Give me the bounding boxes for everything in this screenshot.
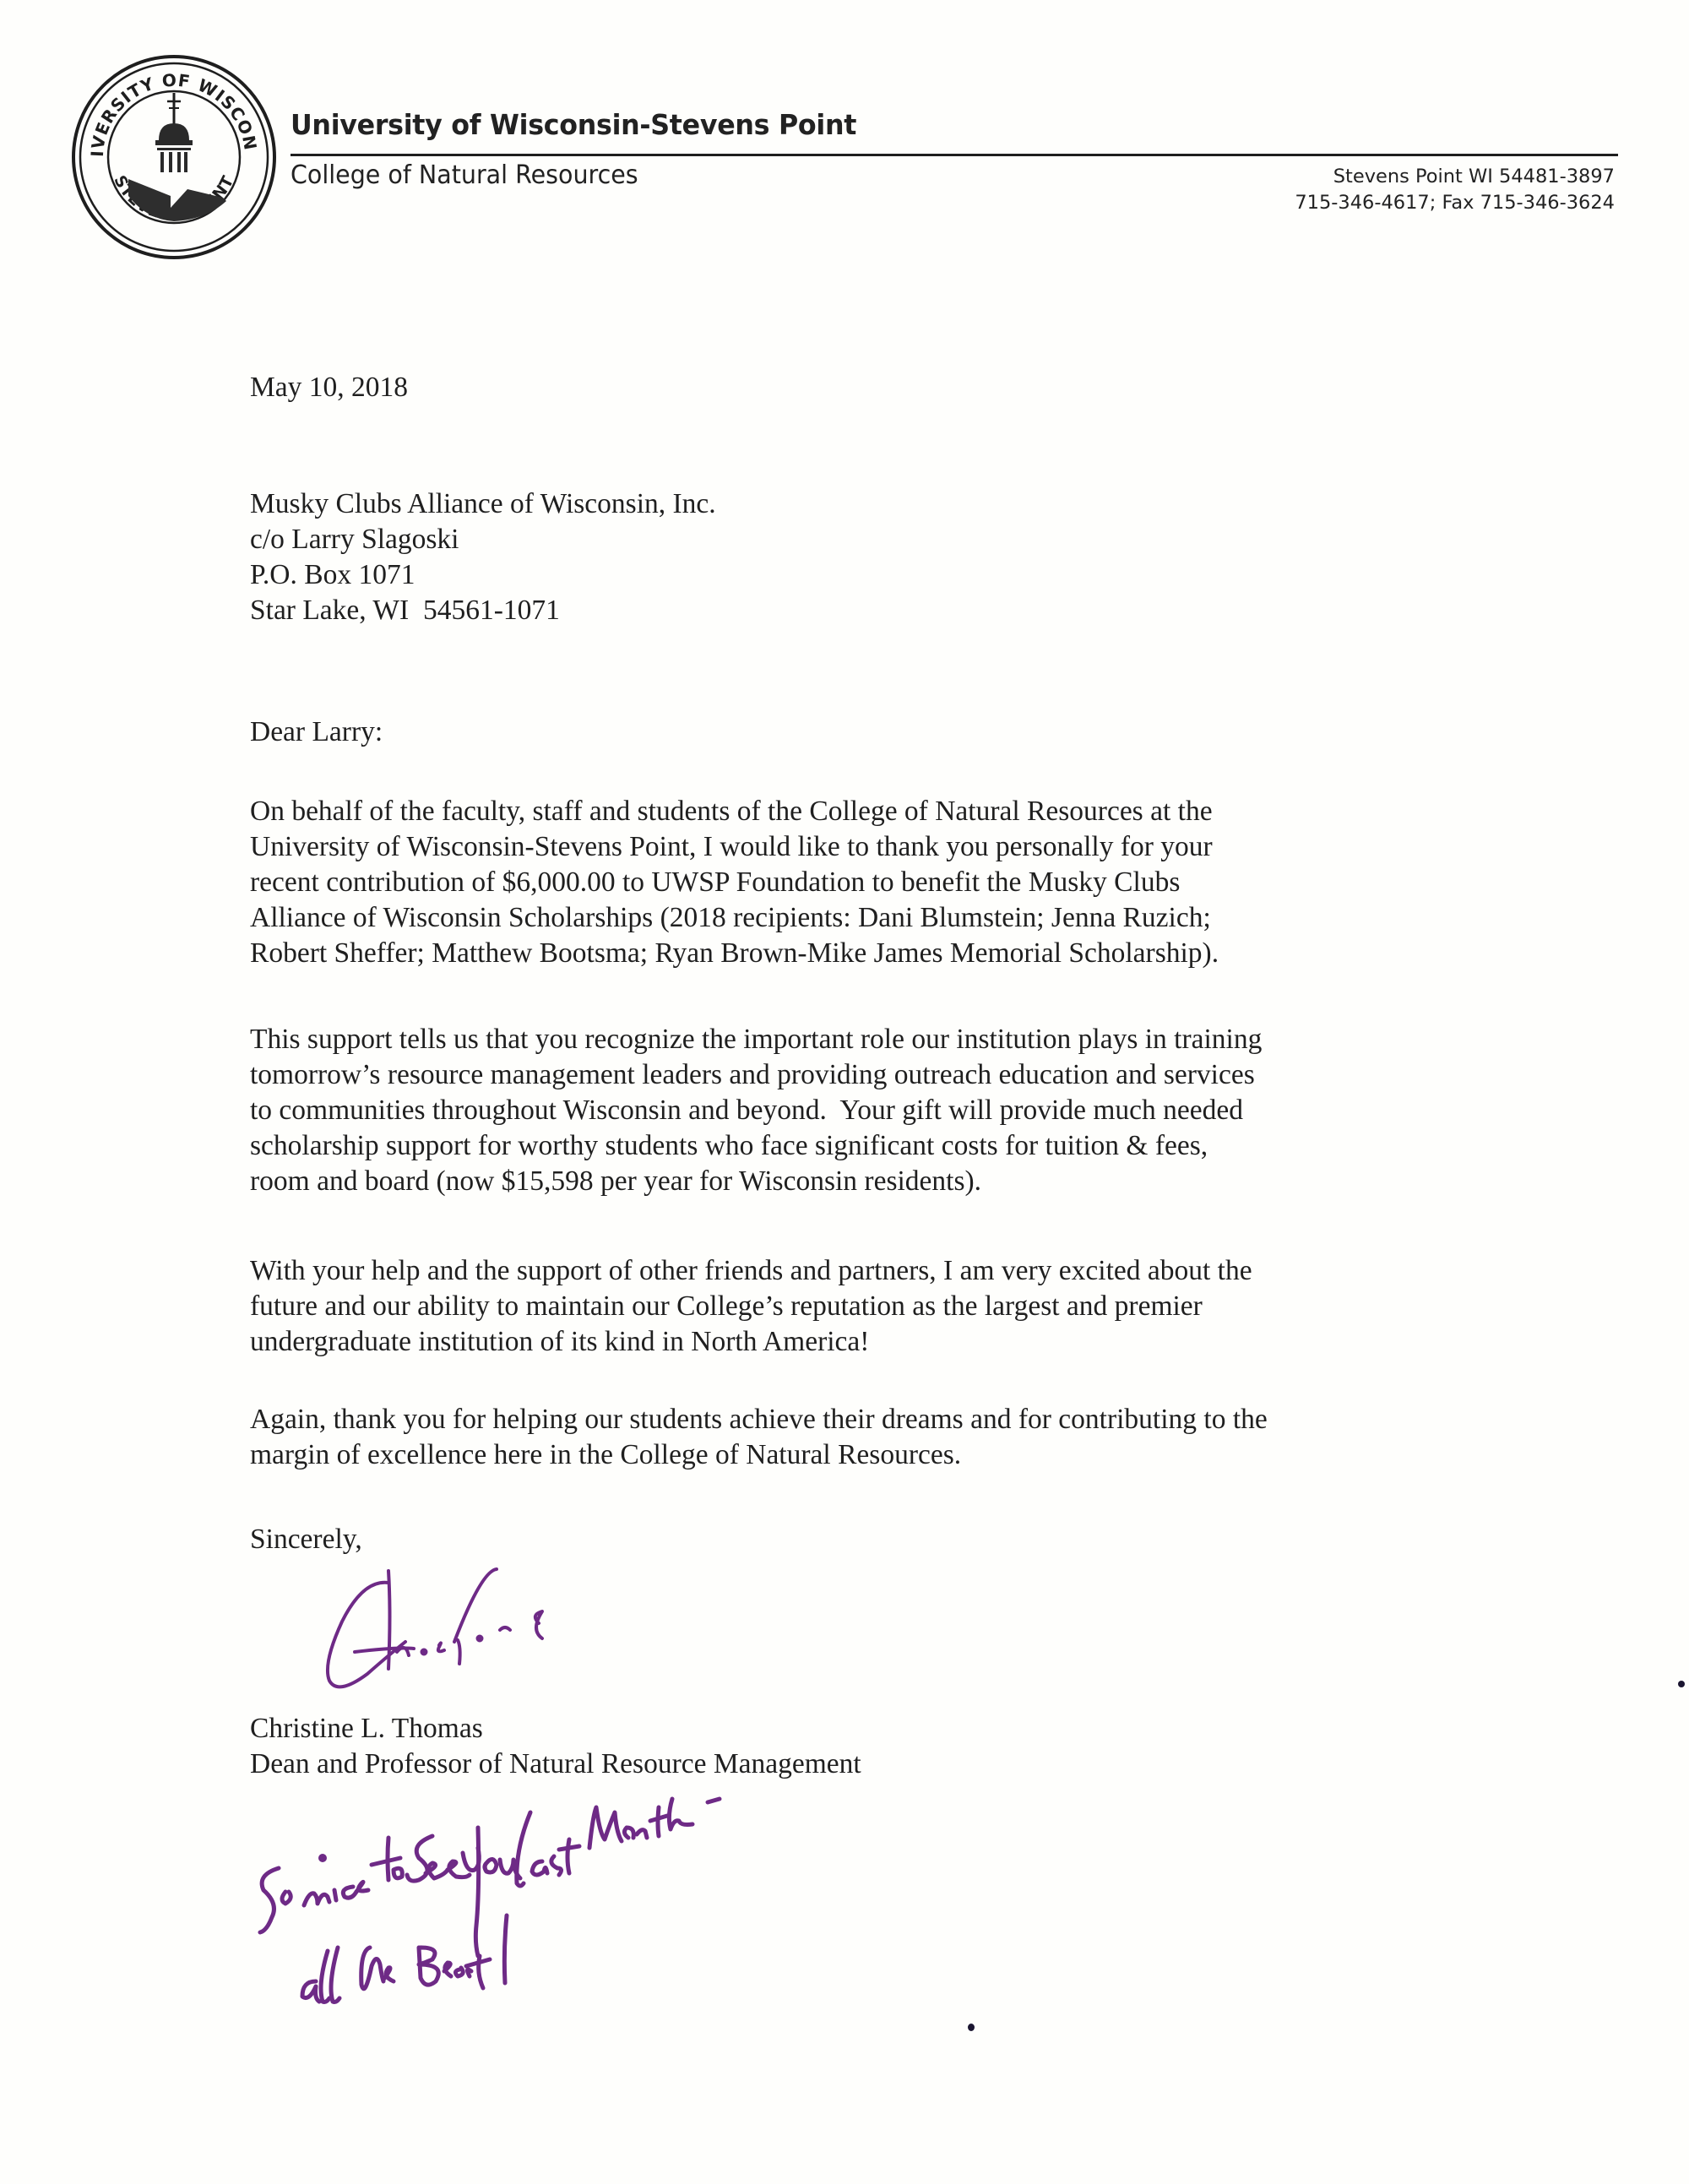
college-name: College of Natural Resources <box>291 160 638 190</box>
university-seal-icon: UNIVERSITY OF WISCONSIN STEVENS POINT <box>71 54 277 260</box>
paragraph-thanks: On behalf of the faculty, staff and stud… <box>250 794 1219 971</box>
letterhead-address: Stevens Point WI 54481-3897 <box>1295 164 1615 190</box>
paragraph-line: to communities throughout Wisconsin and … <box>250 1093 1262 1128</box>
paragraph-line: On behalf of the faculty, staff and stud… <box>250 794 1219 829</box>
recipient-line: P.O. Box 1071 <box>250 557 716 593</box>
recipient-line: Musky Clubs Alliance of Wisconsin, Inc. <box>250 486 716 522</box>
paragraph-line: tomorrow’s resource management leaders a… <box>250 1057 1262 1093</box>
paragraph-line: undergraduate institution of its kind in… <box>250 1324 1252 1360</box>
handwriting-icon <box>245 1790 1529 2044</box>
paragraph-line: future and our ability to maintain our C… <box>250 1289 1252 1324</box>
university-name: University of Wisconsin-Stevens Point <box>291 108 856 141</box>
paragraph-line: room and board (now $15,598 per year for… <box>250 1164 1262 1199</box>
paragraph-line: This support tells us that you recognize… <box>250 1022 1262 1057</box>
paragraph-line: Again, thank you for helping our student… <box>250 1402 1268 1437</box>
letterhead-contact: Stevens Point WI 54481-3897 715-346-4617… <box>1295 164 1615 216</box>
paragraph-future: With your help and the support of other … <box>250 1253 1252 1360</box>
letterhead-phone-fax: 715-346-4617; Fax 715-346-3624 <box>1295 190 1615 216</box>
salutation: Dear Larry: <box>250 714 383 750</box>
signer-name: Christine L. Thomas <box>250 1711 861 1747</box>
paragraph-line: margin of excellence here in the College… <box>250 1437 1268 1473</box>
paragraph-line: With your help and the support of other … <box>250 1253 1252 1289</box>
paragraph-line: recent contribution of $6,000.00 to UWSP… <box>250 865 1219 900</box>
ink-dot <box>968 2024 975 2031</box>
paragraph-support: This support tells us that you recognize… <box>250 1022 1262 1199</box>
letterhead-rule <box>291 154 1618 156</box>
paragraph-line: scholarship support for worthy students … <box>250 1128 1262 1164</box>
paragraph-line: Robert Sheffer; Matthew Bootsma; Ryan Br… <box>250 936 1219 971</box>
ink-dot <box>1678 1681 1685 1687</box>
recipient-line: c/o Larry Slagoski <box>250 522 716 557</box>
letter-date: May 10, 2018 <box>250 370 408 405</box>
recipient-address: Musky Clubs Alliance of Wisconsin, Inc. … <box>250 486 716 628</box>
recipient-line: Star Lake, WI 54561-1071 <box>250 593 716 628</box>
signer-block: Christine L. Thomas Dean and Professor o… <box>250 1711 861 1782</box>
paragraph-line: Alliance of Wisconsin Scholarships (2018… <box>250 900 1219 936</box>
paragraph-line: University of Wisconsin-Stevens Point, I… <box>250 829 1219 865</box>
signature-icon: Christine <box>304 1537 701 1706</box>
paragraph-again-thanks: Again, thank you for helping our student… <box>250 1402 1268 1473</box>
signer-title: Dean and Professor of Natural Resource M… <box>250 1747 861 1782</box>
handwritten-note-line-2: all the Best! <box>0 0 1 1</box>
handwritten-note-line-1: So nice to see you last Month - <box>0 0 1 1</box>
